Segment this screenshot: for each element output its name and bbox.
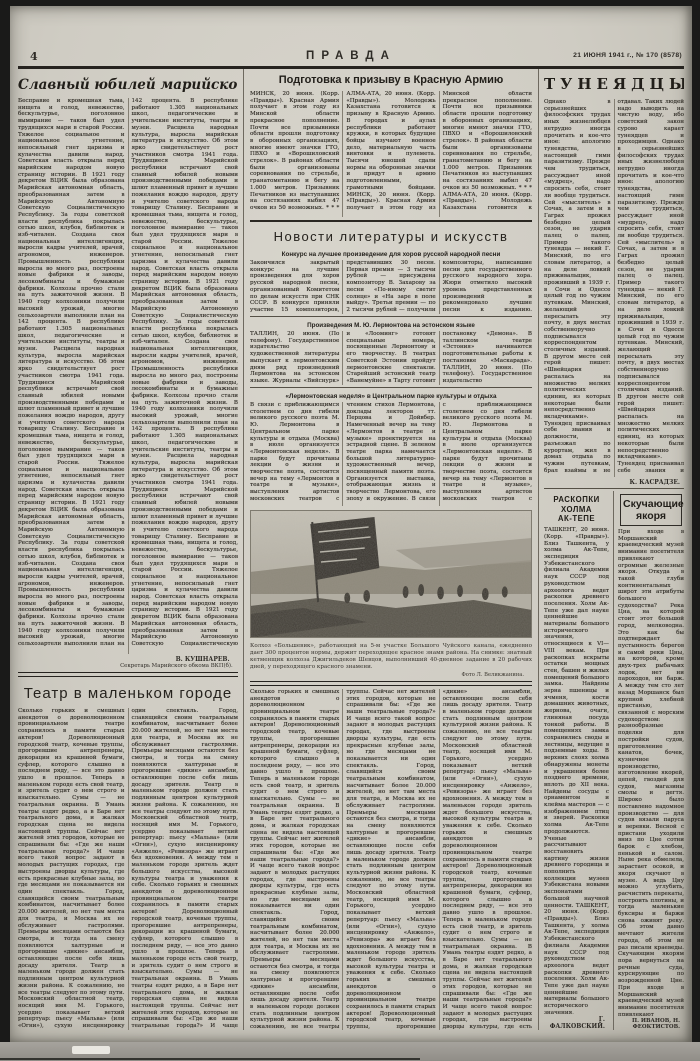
article-body-prizyv: МИНСК, 20 июня. (Корр. «Правды»). Красна… xyxy=(250,91,532,217)
article-yakorya: Скучающие якоря При входе в Моршанский к… xyxy=(614,491,684,1030)
article-headline-prizyv: Подготовка к призыву в Красную Армию xyxy=(250,68,532,91)
scanner-bed-paper-sliver xyxy=(72,1046,110,1054)
article-body-tuneyadtsy: Однако в серьезнейших философских трудах… xyxy=(544,99,684,477)
article-headline-yakorya: Скучающие якоря xyxy=(620,494,682,526)
signature-tuneyadtsy: К. КАСРАДЗЕ. xyxy=(544,477,684,486)
news-item-divider xyxy=(250,387,532,388)
masthead: 4 ПРАВДА 21 ИЮНЯ 1941 г., № 170 (8578) xyxy=(18,6,684,68)
article-headline-tuneyadtsy: ТУНЕЯДЦЫ xyxy=(544,68,684,99)
article-body-theatre-continued: Сколько горьких и смешных анекдотов о до… xyxy=(250,689,532,1030)
news-section-title: Новости литературы и искусств xyxy=(250,225,532,248)
signature-title-jubilee: Секретарь Марийского обкома ВКП(б). xyxy=(119,663,233,669)
right-column-band: ТУНЕЯДЦЫ Однако в серьезнейших философск… xyxy=(544,68,684,1030)
news-section-top-rule xyxy=(250,220,532,222)
article-body-raskopki: ТАШКЕНТ, 20 июня. (Корр. «Правды»). Близ… xyxy=(544,527,609,1014)
scanner-bed-edge-line xyxy=(0,1058,420,1060)
left-column-band: Славный юбилей марийского народа Бесправ… xyxy=(18,68,238,1030)
news-item-headline-konkurs: Конкурс на лучшее произведение для хоров… xyxy=(250,248,532,260)
issue-date: 21 ИЮНЯ 1941 г., № 170 (8578) xyxy=(573,52,682,59)
news-item-headline-nedelya: «Лермонтовская неделя» в Центральном пар… xyxy=(250,390,532,402)
article-raskopki: РАСКОПКИ ХОЛМА АК-ТЕПЕ ТАШКЕНТ, 20 июня.… xyxy=(544,491,614,1030)
news-item-headline-lermontov: Произведения М. Ю. Лермонтова на эстонск… xyxy=(250,319,532,331)
middle-column-band: Подготовка к призыву в Красную Армию МИН… xyxy=(243,68,539,1030)
article-headline-jubilee: Славный юбилей марийского народа xyxy=(18,68,238,98)
bottom-section-rule xyxy=(250,681,532,686)
photo-caption: Колхоз «Большевик», работающий на 5-м уч… xyxy=(250,643,532,671)
article-headline-theatre: Театр в маленьком городе xyxy=(18,680,238,708)
newspaper-scan: 4 ПРАВДА 21 ИЮНЯ 1941 г., № 170 (8578) С… xyxy=(0,0,700,1061)
canal-photo xyxy=(250,510,532,638)
news-item-body-lermontov: ТАЛЛИН, 20 июня. (По телефону). Государс… xyxy=(250,331,532,385)
signature-jubilee: В. КУШНАРЕВ. xyxy=(119,654,233,663)
section-divider-rule xyxy=(18,672,238,677)
news-item-divider xyxy=(250,316,532,317)
article-body-jubilee: Бесправие и кромешная тьма, нищета и гол… xyxy=(18,98,238,654)
article-body-yakorya: При входе в Моршанский краеведческий муз… xyxy=(618,529,684,1016)
signature-raskopki: Г. ФАЛКОВСКИЙ. xyxy=(544,1014,609,1030)
signature-yakorya: П. ИВАНОВ, Н. ФЕОКТИСТОВ. xyxy=(618,1016,684,1030)
raskopki-headline-line2: АК-ТЕПЕ xyxy=(558,514,595,523)
newspaper-page: 4 ПРАВДА 21 ИЮНЯ 1941 г., № 170 (8578) С… xyxy=(10,6,692,1042)
article-headline-raskopki: РАСКОПКИ ХОЛМА АК-ТЕПЕ xyxy=(544,491,609,527)
right-lower-articles: РАСКОПКИ ХОЛМА АК-ТЕПЕ ТАШКЕНТ, 20 июня.… xyxy=(544,491,684,1030)
news-item-body-nedelya: В связи с приближающимся столетием со дн… xyxy=(250,402,532,506)
raskopki-headline-line1: РАСКОПКИ ХОЛМА xyxy=(553,495,599,514)
news-item-body-konkurs: Закончился закрытый конкурс на лучшие пр… xyxy=(250,260,532,314)
article-body-theatre-left: Сколько горьких и смешных анекдотов о до… xyxy=(18,708,238,1030)
page-columns: Славный юбилей марийского народа Бесправ… xyxy=(18,68,684,1030)
right-section-divider xyxy=(544,488,684,489)
photo-credit: Фото Л. Великжанина. xyxy=(250,671,532,678)
masthead-rule xyxy=(18,66,684,69)
